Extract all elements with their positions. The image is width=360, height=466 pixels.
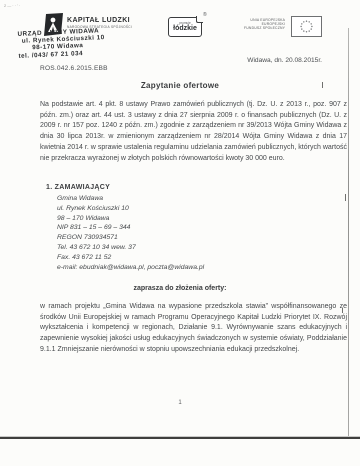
reference-number: ROS.042.6.2015.EBB: [40, 65, 108, 72]
scan-mark: [322, 82, 323, 88]
eu-logo: UNIA EUROPEJSKA EUROPEJSKI FUNDUSZ SPOŁE…: [244, 16, 322, 37]
buyer-name: Gmina Widawa: [57, 194, 204, 204]
scan-mark: [342, 308, 343, 313]
buyer-regon: REGON 730934571: [57, 233, 204, 243]
document-date: Widawa, dn. 20.08.2015r.: [0, 57, 322, 64]
buyer-city: 98 – 170 Widawa: [57, 214, 204, 224]
section-1-heading: 1. ZAMAWIAJĄCY: [46, 184, 110, 191]
eu-logo-line3: FUNDUSZ SPOŁECZNY: [244, 26, 285, 30]
eu-logo-text: UNIA EUROPEJSKA EUROPEJSKI FUNDUSZ SPOŁE…: [244, 18, 285, 31]
project-paragraph: w ramach projektu „Gmina Widawa na wypas…: [40, 302, 347, 356]
buyer-email: e-mail: ebudniak@widawa.pl, poczta@widaw…: [57, 263, 204, 273]
scan-mark: [345, 194, 346, 201]
buyer-phone: Tel. 43 672 10 34 wew. 37: [57, 243, 204, 253]
intro-paragraph: Na podstawie art. 4 pkt. 8 ustawy Prawo …: [40, 100, 347, 164]
buyer-street: ul. Rynek Kościuszki 10: [57, 204, 204, 214]
lodzkie-logo-fold: [196, 16, 203, 23]
kapital-ludzki-title: KAPITAŁ LUDZKI: [67, 17, 132, 24]
document-title: Zapytanie ofertowe: [40, 81, 320, 90]
buyer-nip: NIP 831 – 15 – 69 – 344: [57, 223, 204, 233]
page-number: 1: [0, 400, 360, 406]
office-stamp: URZĄD GMINY WIDAWA ul. Rynek Kościuszki …: [17, 27, 105, 60]
buyer-address-block: Gmina Widawa ul. Rynek Kościuszki 10 98 …: [57, 194, 204, 272]
eu-flag-icon: [291, 16, 322, 37]
buyer-fax: Fax. 43 672 11 52: [57, 253, 204, 263]
lodzkie-logo-bottom-text: łódzkie: [173, 25, 197, 33]
scan-bottom-line: [0, 436, 360, 439]
scan-corner-annotation: 2—··’·: [4, 3, 21, 8]
scan-edge-line: [348, 28, 349, 438]
lodzkie-logo: promuje łódzkie: [168, 17, 202, 37]
invitation-line: zaprasza do złożenia oferty:: [40, 285, 320, 292]
registered-trademark-symbol: ®: [203, 12, 207, 18]
scanned-document-page: 2—··’· KAPITAŁ LUDZKI NARODOWA STRATEGIA…: [0, 0, 360, 466]
